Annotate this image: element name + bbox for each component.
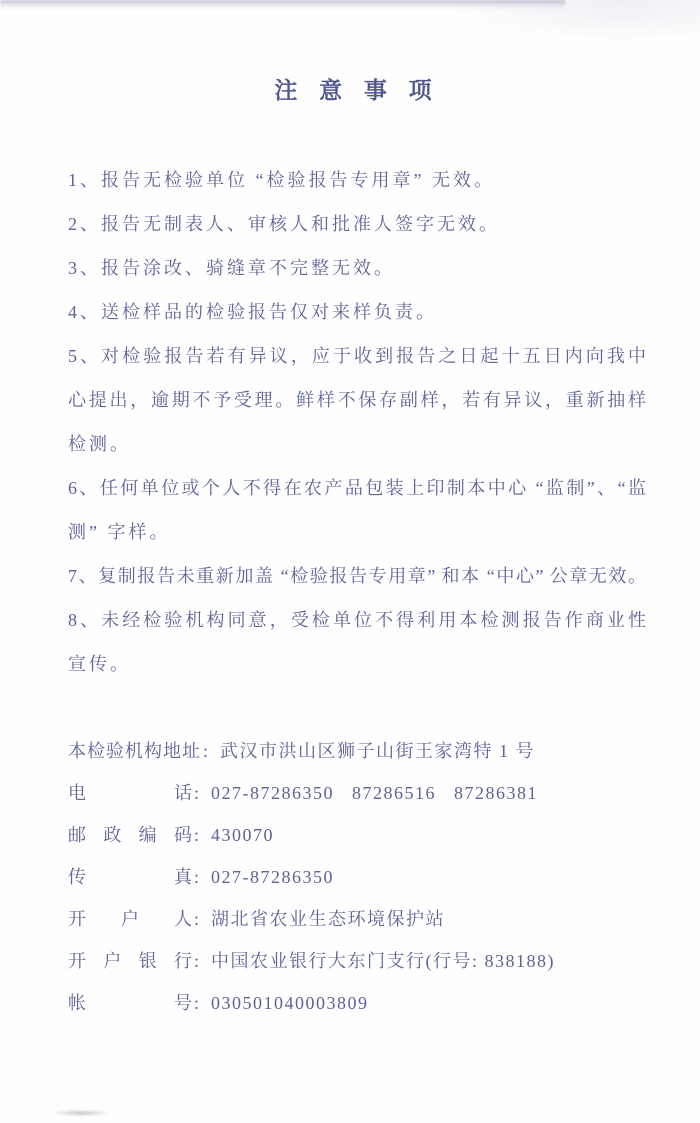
notice-item-4: 4、送检样品的检验报告仅对来样负责。 xyxy=(68,290,646,334)
contact-label-bank: 开户银行 xyxy=(68,940,192,982)
contact-label-account-holder: 开户人 xyxy=(68,898,192,940)
contact-label-address: 本检验机构地址 xyxy=(68,730,201,772)
contact-row-postcode: 邮政编码:430070 xyxy=(68,814,646,856)
contact-row-fax: 传真:027-87286350 xyxy=(68,856,646,898)
notice-list: 1、报告无检验单位 “检验报告专用章” 无效。 2、报告无制表人、审核人和批准人… xyxy=(68,158,646,686)
notice-item-5-line-1: 5、对检验报告若有异议，应于收到报告之日起十五日内向我中 xyxy=(68,334,646,378)
notice-item-6-line-1: 6、任何单位或个人不得在农产品包装上印制本中心 “监制”、“监 xyxy=(68,466,646,510)
contact-value-address: 武汉市洪山区狮子山街王家湾特 1 号 xyxy=(220,741,535,761)
colon: : xyxy=(203,730,208,772)
scanned-notice-page: 注 意 事 项 1、报告无检验单位 “检验报告专用章” 无效。 2、报告无制表人… xyxy=(0,0,700,1123)
colon: : xyxy=(194,856,199,898)
contact-label-fax: 传真 xyxy=(68,856,192,898)
contact-row-account-number: 帐号:030501040003809 xyxy=(68,982,646,1024)
contact-row-bank: 开户银行:中国农业银行大东门支行(行号: 838188) xyxy=(68,940,646,982)
notice-item-8-line-2: 宣传。 xyxy=(68,642,646,686)
notice-item-1: 1、报告无检验单位 “检验报告专用章” 无效。 xyxy=(68,158,646,202)
notice-item-5-line-2: 心提出，逾期不予受理。鲜样不保存副样，若有异议，重新抽样 xyxy=(68,378,646,422)
colon: : xyxy=(194,814,199,856)
notice-item-3: 3、报告涂改、骑缝章不完整无效。 xyxy=(68,246,646,290)
contact-value-bank: 中国农业银行大东门支行(行号: 838188) xyxy=(211,951,555,971)
contact-value-fax: 027-87286350 xyxy=(211,867,334,887)
notice-item-7: 7、复制报告未重新加盖 “检验报告专用章” 和本 “中心” 公章无效。 xyxy=(68,554,646,598)
page-title: 注 意 事 项 xyxy=(68,0,646,108)
contact-label-postcode: 邮政编码 xyxy=(68,814,192,856)
colon: : xyxy=(194,772,199,814)
contact-row-address: 本检验机构地址:武汉市洪山区狮子山街王家湾特 1 号 xyxy=(68,730,646,772)
contact-value-postcode: 430070 xyxy=(211,825,274,845)
contact-value-phone: 027-87286350 87286516 87286381 xyxy=(211,783,538,803)
notice-item-6-line-2: 测” 字样。 xyxy=(68,510,646,554)
contact-label-account-number: 帐号 xyxy=(68,982,192,1024)
contact-value-account-holder: 湖北省农业生态环境保护站 xyxy=(211,909,445,929)
notice-item-8-line-1: 8、未经检验机构同意，受检单位不得利用本检测报告作商业性 xyxy=(68,598,646,642)
notice-item-2: 2、报告无制表人、审核人和批准人签字无效。 xyxy=(68,202,646,246)
contact-block: 本检验机构地址:武汉市洪山区狮子山街王家湾特 1 号 电话:027-872863… xyxy=(68,730,646,1024)
scan-smudge-bottom-left xyxy=(52,1110,110,1116)
colon: : xyxy=(194,982,199,1024)
contact-row-account-holder: 开户人:湖北省农业生态环境保护站 xyxy=(68,898,646,940)
colon: : xyxy=(194,898,199,940)
colon: : xyxy=(194,940,199,982)
page-content: 注 意 事 项 1、报告无检验单位 “检验报告专用章” 无效。 2、报告无制表人… xyxy=(0,0,700,1024)
contact-value-account-number: 030501040003809 xyxy=(211,993,369,1013)
contact-row-phone: 电话:027-87286350 87286516 87286381 xyxy=(68,772,646,814)
contact-label-phone: 电话 xyxy=(68,772,192,814)
notice-item-5-line-3: 检测。 xyxy=(68,422,646,466)
